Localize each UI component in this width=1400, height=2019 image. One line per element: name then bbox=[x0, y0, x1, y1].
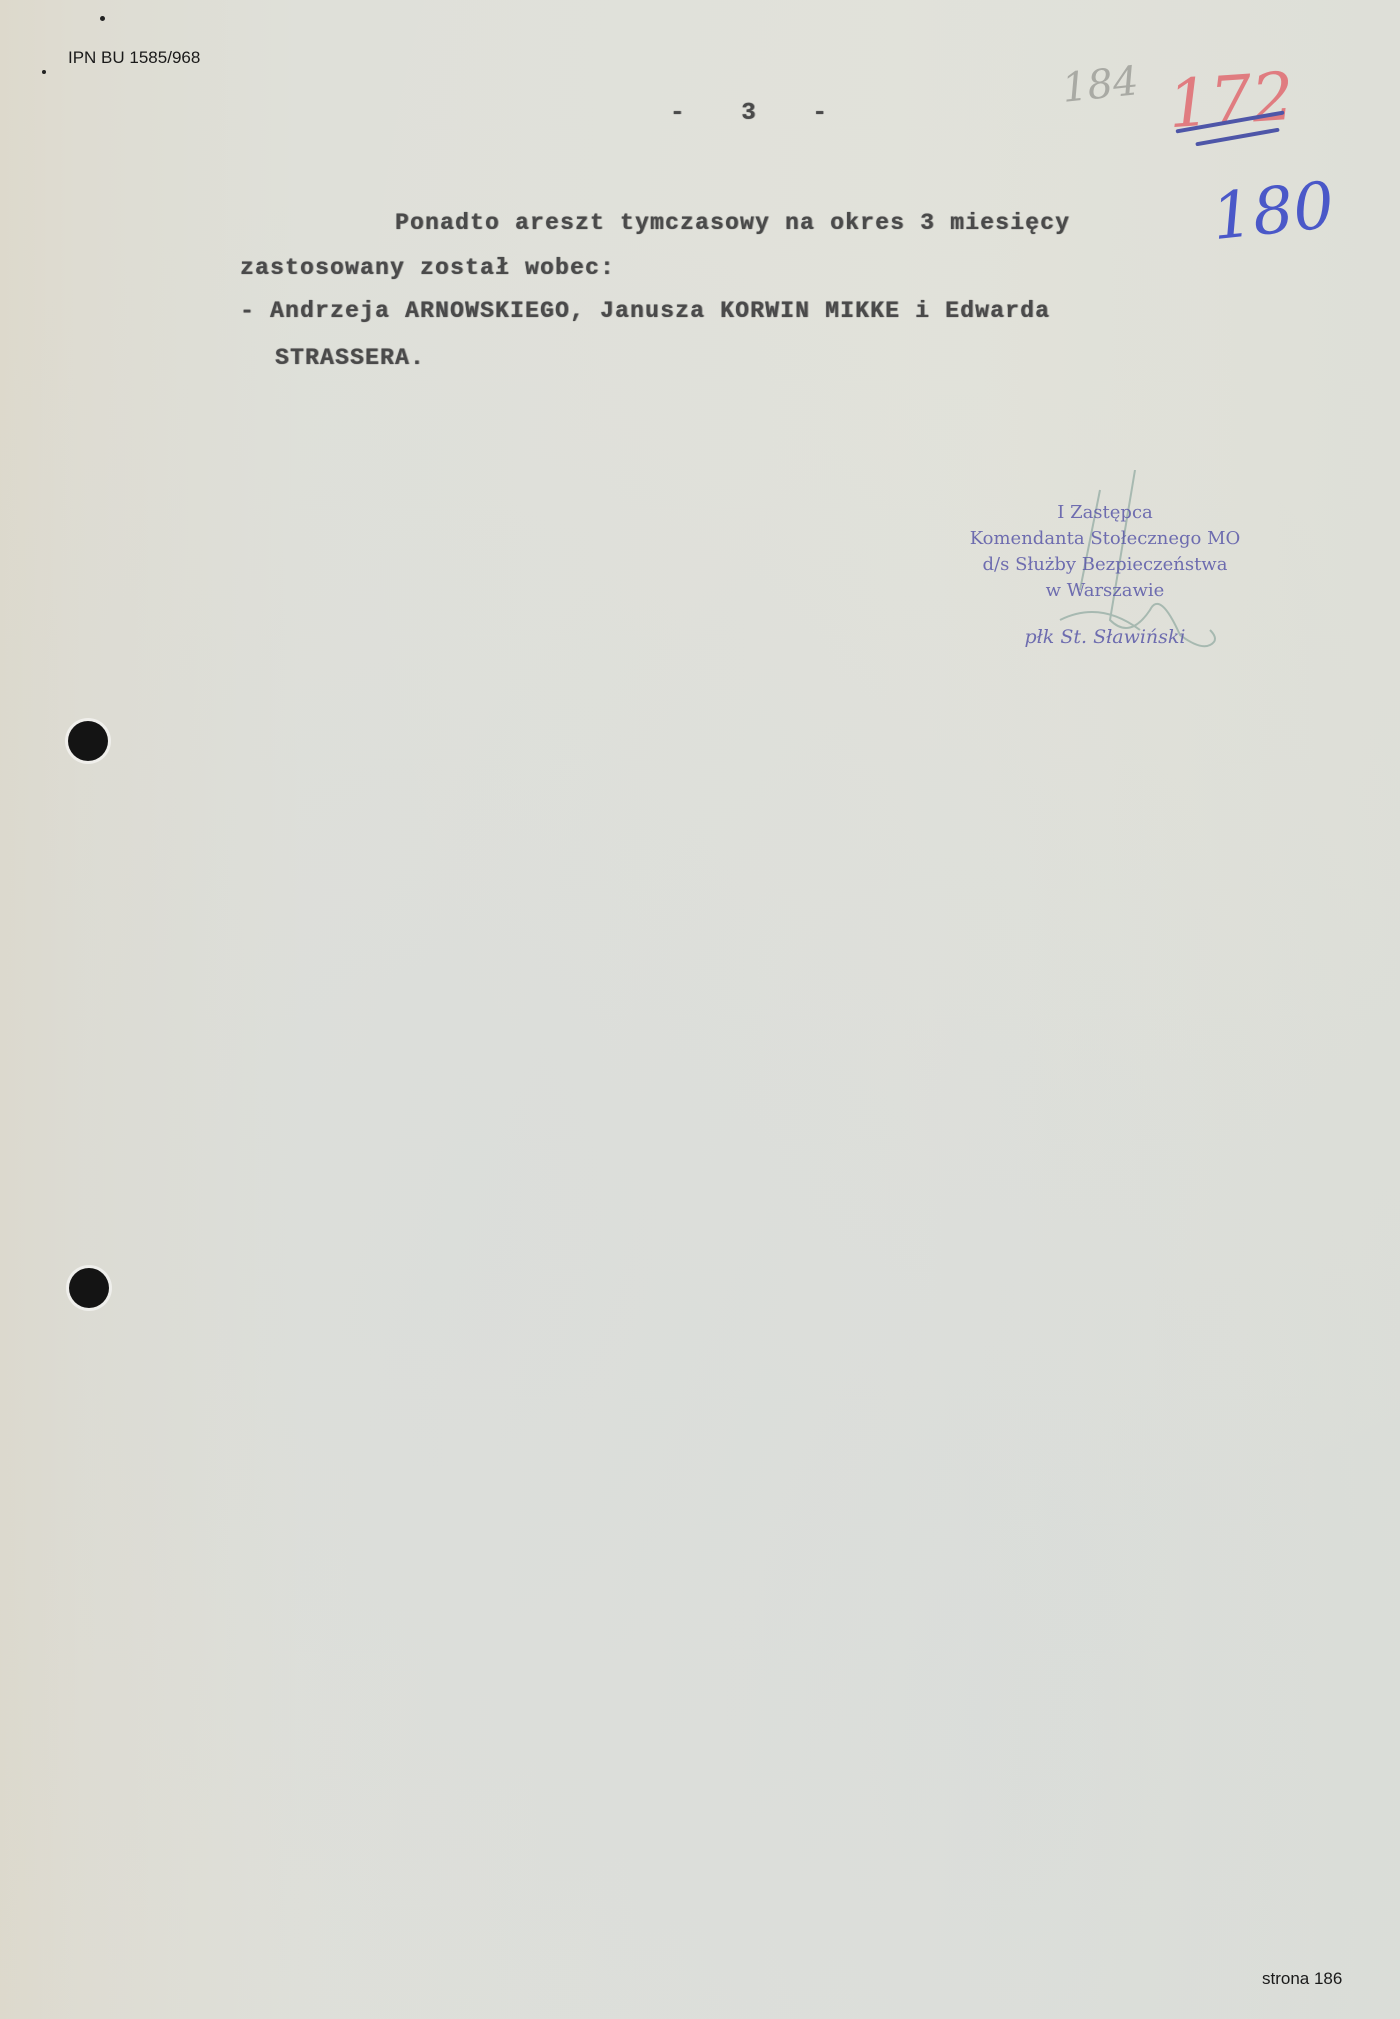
page-number: - 3 - bbox=[670, 100, 828, 127]
typed-line: STRASSERA. bbox=[275, 345, 425, 371]
stamp-line: Komendanta Stołecznego MO bbox=[940, 526, 1270, 552]
typed-line: zastosowany został wobec: bbox=[240, 255, 615, 281]
punch-hole bbox=[68, 721, 108, 761]
stamp-line: d/s Służby Bezpieczeństwa bbox=[940, 552, 1270, 578]
punch-hole bbox=[69, 1268, 109, 1308]
typed-line: - Andrzeja ARNOWSKIEGO, Janusza KORWIN M… bbox=[240, 298, 1050, 324]
blue-folio-number: 180 bbox=[1208, 169, 1337, 255]
typed-line: Ponadto areszt tymczasowy na okres 3 mie… bbox=[395, 210, 1070, 236]
ink-speck bbox=[42, 70, 46, 74]
archive-reference: IPN BU 1585/968 bbox=[68, 48, 200, 68]
stamp-line: w Warszawie bbox=[940, 578, 1270, 604]
official-stamp: I Zastępca Komendanta Stołecznego MO d/s… bbox=[940, 500, 1270, 650]
stamp-line: I Zastępca bbox=[940, 500, 1270, 526]
ink-speck bbox=[100, 16, 105, 21]
pencil-folio-number: 184 bbox=[1060, 58, 1141, 112]
stamp-signer: płk St. Sławiński bbox=[940, 624, 1270, 650]
page-label: strona 186 bbox=[1262, 1969, 1342, 1989]
